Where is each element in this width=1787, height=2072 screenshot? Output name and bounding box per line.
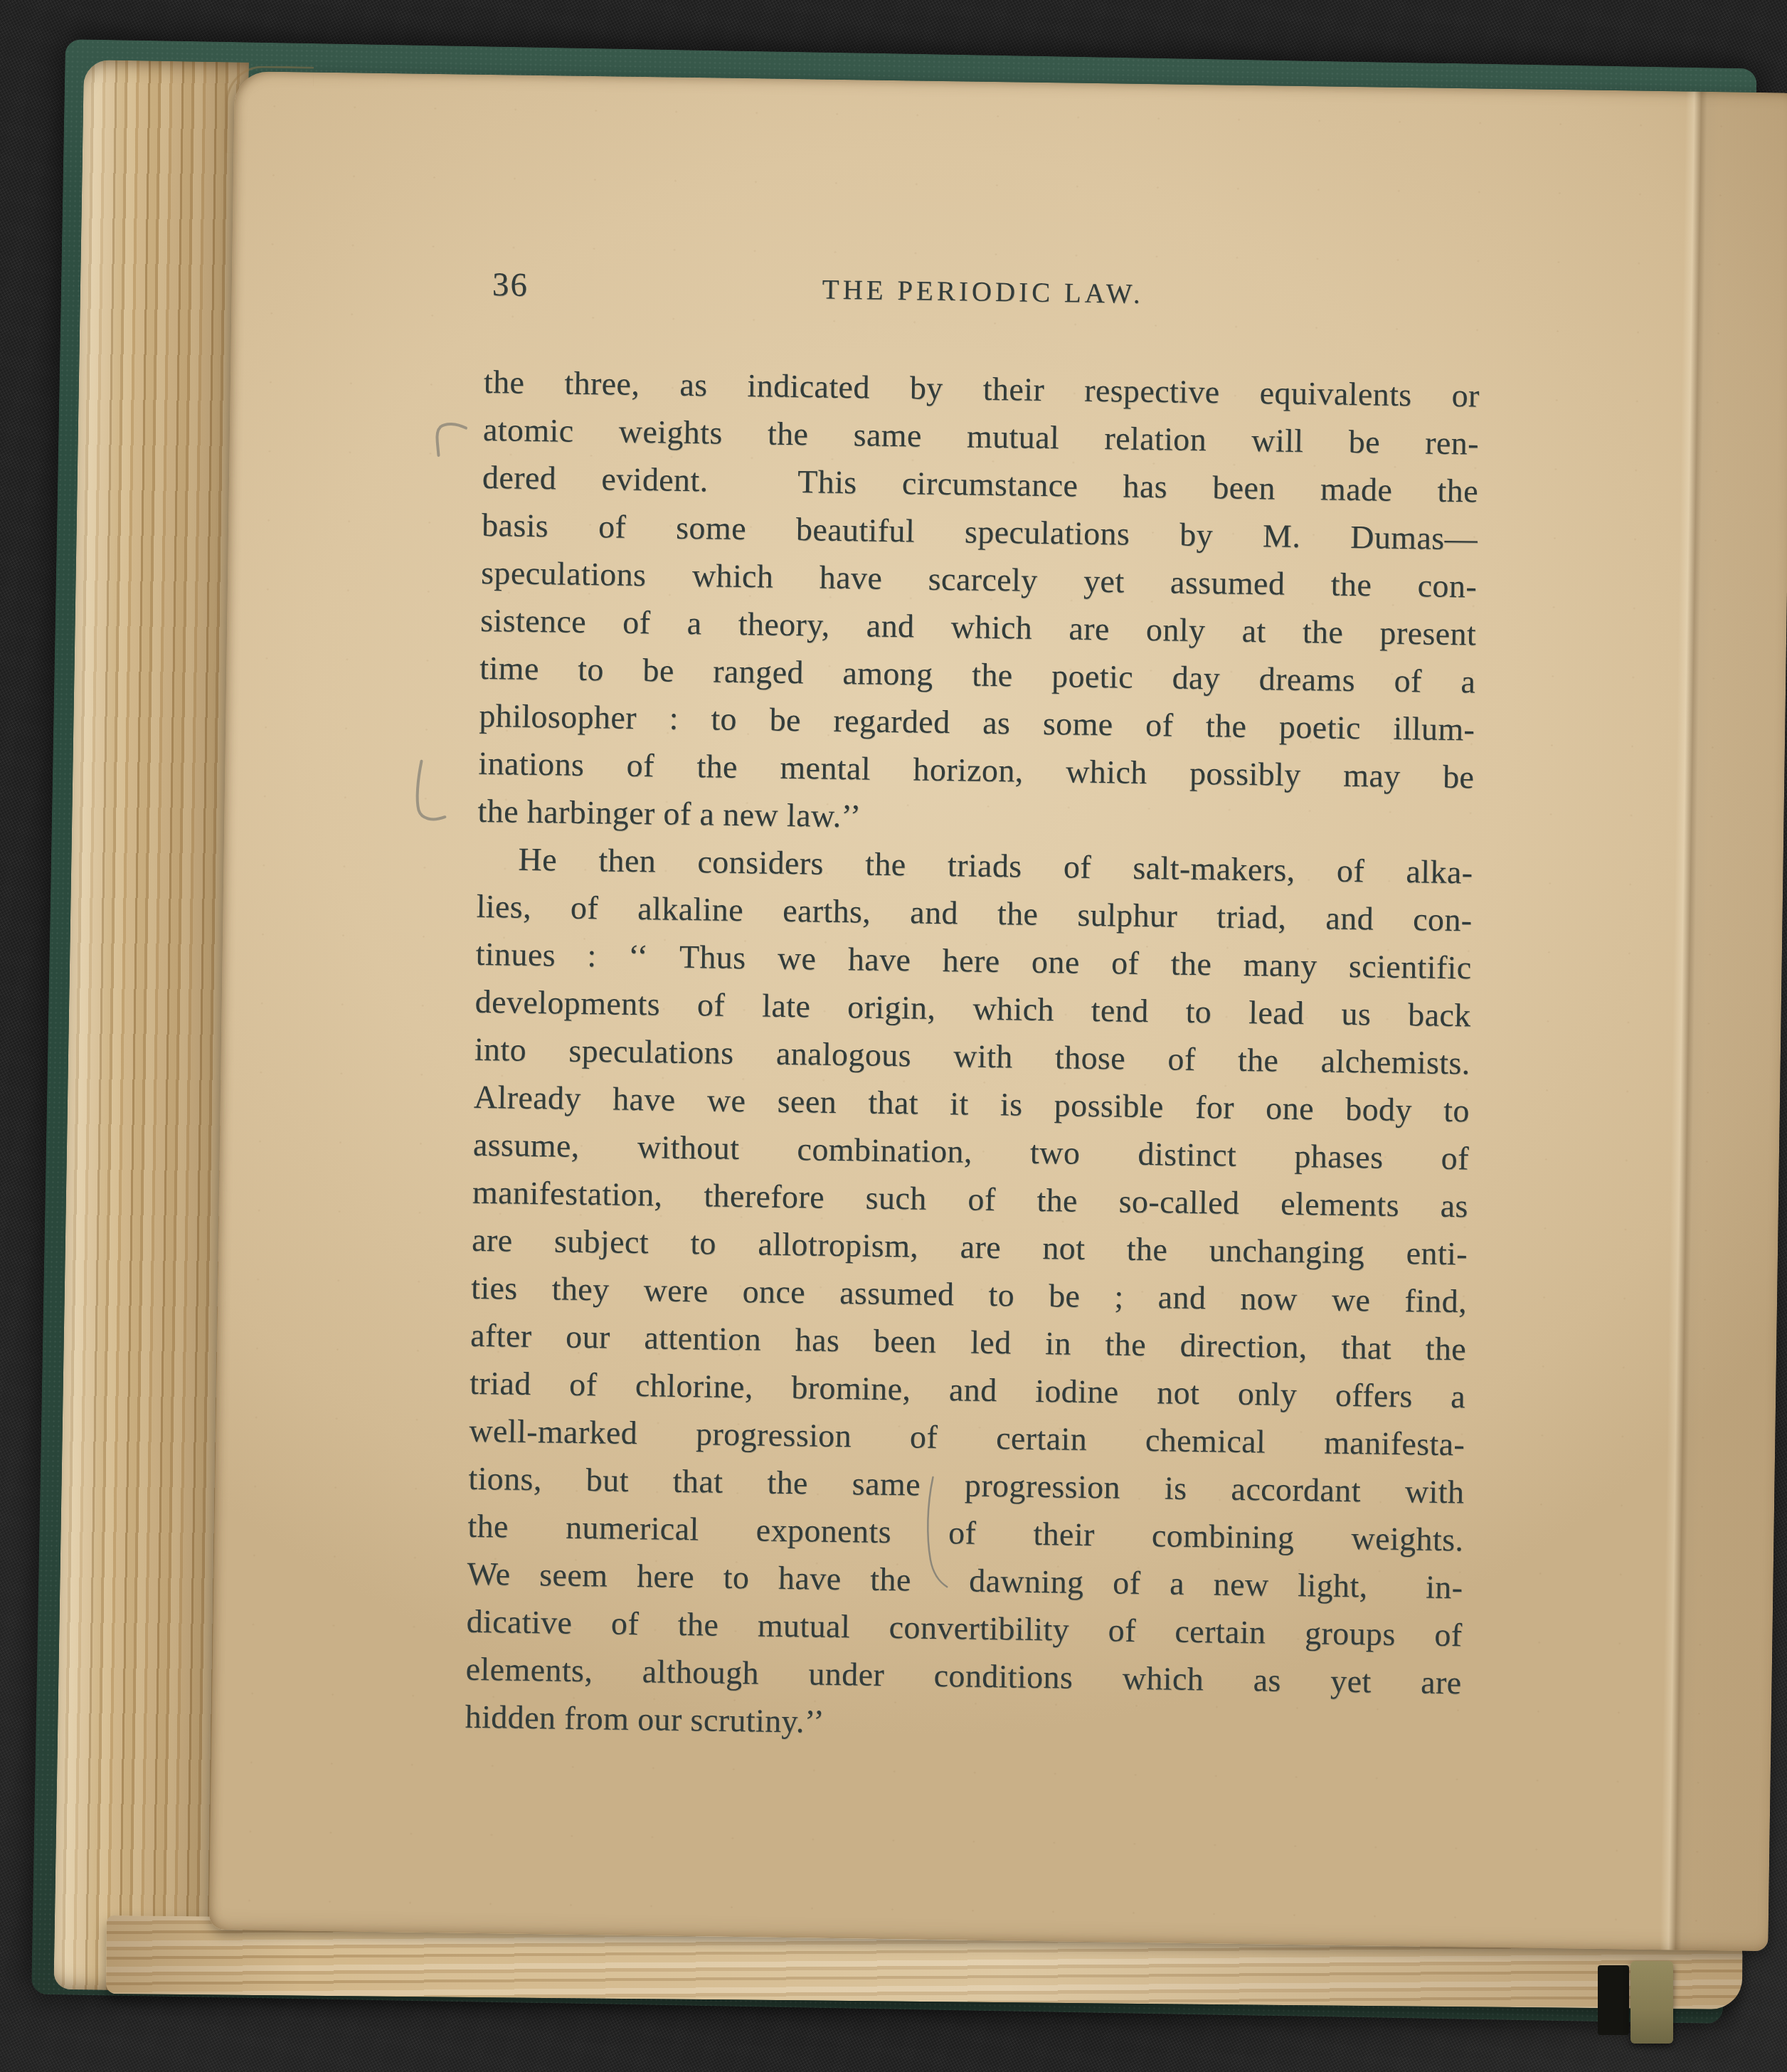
under-page-corner-lines xyxy=(225,65,314,154)
pencil-mark-bracket xyxy=(433,420,470,462)
running-header: THE PERIODIC LAW. xyxy=(485,265,1482,315)
page-header: 36 THE PERIODIC LAW. xyxy=(484,265,1481,318)
text-block: the three, as indicated by their respect… xyxy=(465,358,1480,1754)
page-fold-crease xyxy=(1660,91,1787,1951)
fiber-mark xyxy=(922,1476,956,1590)
book-photo-scene: 36 THE PERIODIC LAW. the three, as indic… xyxy=(0,0,1787,2072)
book-page: 36 THE PERIODIC LAW. the three, as indic… xyxy=(209,71,1787,1951)
pencil-mark-corner xyxy=(409,757,455,826)
cover-notch xyxy=(1598,1965,1629,2035)
cover-tab xyxy=(1630,1961,1673,2044)
page-number: 36 xyxy=(492,265,529,305)
